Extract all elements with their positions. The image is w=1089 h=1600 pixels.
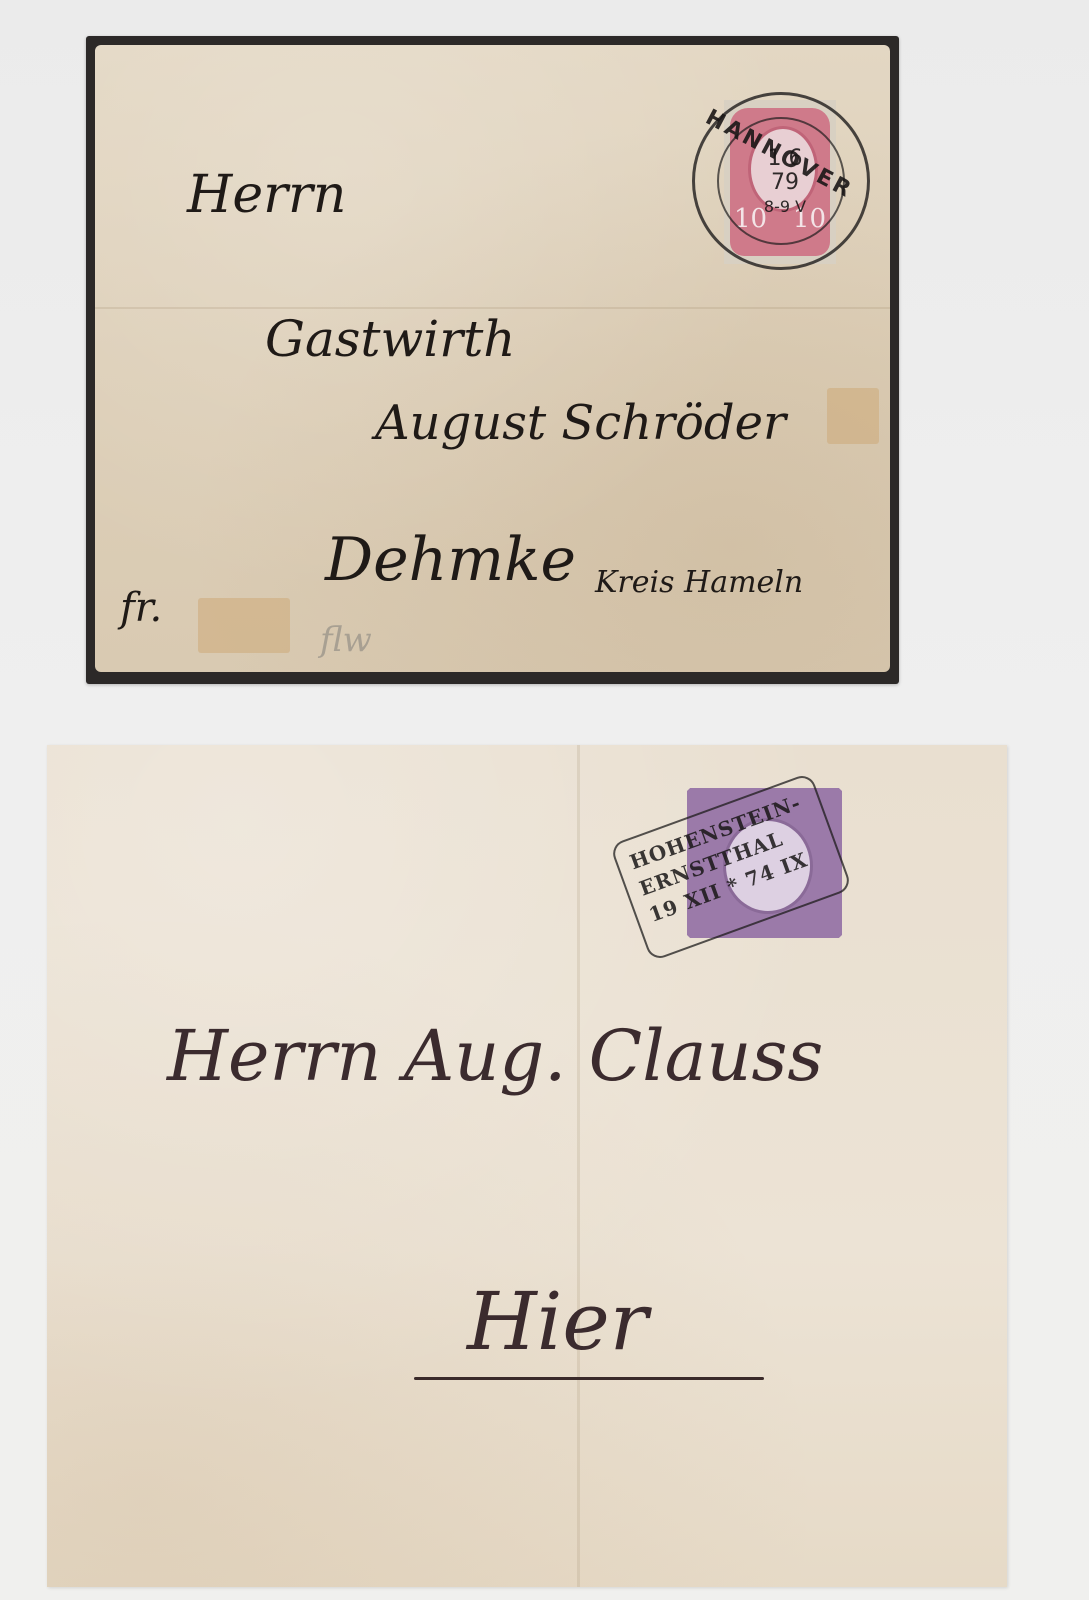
address-district: Kreis Hameln bbox=[595, 565, 803, 600]
envelope-paper: 10 10 HANNOVER 1 6 79 8-9 V Herrn Gastwi… bbox=[95, 45, 890, 672]
postmark-date-year: 79 bbox=[755, 171, 815, 195]
address-underline bbox=[414, 1377, 764, 1380]
postmark-date: 1 6 79 8-9 V bbox=[755, 147, 815, 219]
postmark-hannover: HANNOVER 1 6 79 8-9 V bbox=[692, 92, 870, 270]
address-name: August Schröder bbox=[375, 395, 786, 451]
mourning-envelope: 10 10 HANNOVER 1 6 79 8-9 V Herrn Gastwi… bbox=[86, 36, 899, 684]
address-place: Hier bbox=[467, 1275, 648, 1368]
fold-crease bbox=[95, 307, 890, 309]
tape-stain bbox=[827, 388, 879, 444]
postmark-date-day: 1 6 bbox=[755, 147, 815, 171]
address-recipient: Herrn Aug. Clauss bbox=[167, 1015, 823, 1097]
pencil-note: flw bbox=[320, 620, 372, 660]
address-salutation: Herrn bbox=[187, 165, 346, 225]
address-occupation: Gastwirth bbox=[265, 310, 516, 368]
fold-crease bbox=[577, 745, 580, 1587]
postmark-time: 8-9 V bbox=[755, 195, 815, 219]
franco-mark: fr. bbox=[120, 585, 162, 631]
address-town: Dehmke bbox=[325, 525, 576, 595]
tape-stain bbox=[198, 598, 290, 653]
folded-cover: HOHENSTEIN- ERNSTTHAL 19 XII * 74 IX Her… bbox=[47, 745, 1007, 1587]
